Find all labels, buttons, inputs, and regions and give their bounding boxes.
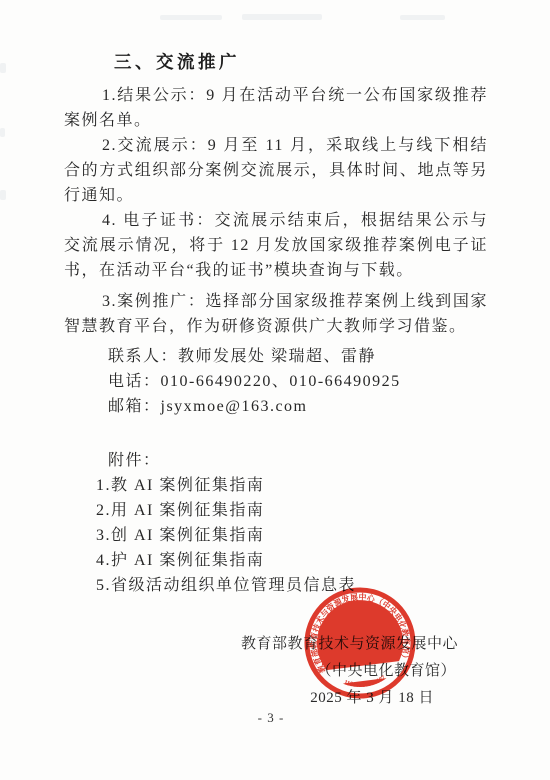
scan-smudge [160,15,222,20]
scan-smudge [0,63,6,73]
document-body: 三、交流推广 1.结果公示：9 月在活动平台统一公布国家级推荐案例名单。 2.交… [64,50,488,712]
paragraph-exchange-exhibition: 2.交流展示：9 月至 11 月，采取线上与线下相结合的方式组织部分案例交流展示… [64,133,488,208]
signoff-block: 教育部教育技术与资源发展中心 （中央电化教育馆） 2025 年 3 月 18 日 [64,631,488,712]
paragraph-electronic-certificate: 4. 电子证书：交流展示结束后，根据结果公示与交流展示情况，将于 12 月发放国… [64,208,488,283]
attachment-item-1: 1.教 AI 案例征集指南 [96,473,488,498]
document-page: 三、交流推广 1.结果公示：9 月在活动平台统一公布国家级推荐案例名单。 2.交… [0,0,550,780]
page-number: - 3 - [256,710,286,726]
contact-phone: 电话：010-66490220、010-66490925 [108,369,488,394]
scan-smudge [400,15,445,20]
official-seal: 教育部教育技术与资源发展中心（中央电化教育馆） 11010210064187 [302,585,418,701]
section-heading: 三、交流推广 [114,50,488,75]
paragraph-case-promotion: 3.案例推广：选择部分国家级推荐案例上线到国家智慧教育平台，作为研修资源供广大教… [64,289,488,339]
attachment-item-2: 2.用 AI 案例征集指南 [96,498,488,523]
attachment-item-3: 3.创 AI 案例征集指南 [96,523,488,548]
attachment-item-4: 4.护 AI 案例征集指南 [96,548,488,573]
signoff-organization-alt: （中央电化教育馆） [64,658,488,685]
signoff-organization: 教育部教育技术与资源发展中心 [64,631,488,658]
contact-person: 联系人：教师发展处 梁瑞超、雷静 [108,344,488,369]
scan-smudge [242,14,322,20]
attachments-label: 附件： [108,448,488,473]
seal-serial-number: 11010210064187 [342,674,388,692]
signoff-date: 2025 年 3 月 18 日 [64,685,488,712]
scan-smudge [0,128,5,137]
attachment-item-5: 5.省级活动组织单位管理员信息表 [96,573,488,598]
paragraph-results-announcement: 1.结果公示：9 月在活动平台统一公布国家级推荐案例名单。 [64,83,488,133]
scan-smudge [0,190,6,200]
contact-email: 邮箱：jsyxmoe@163.com [108,394,488,419]
